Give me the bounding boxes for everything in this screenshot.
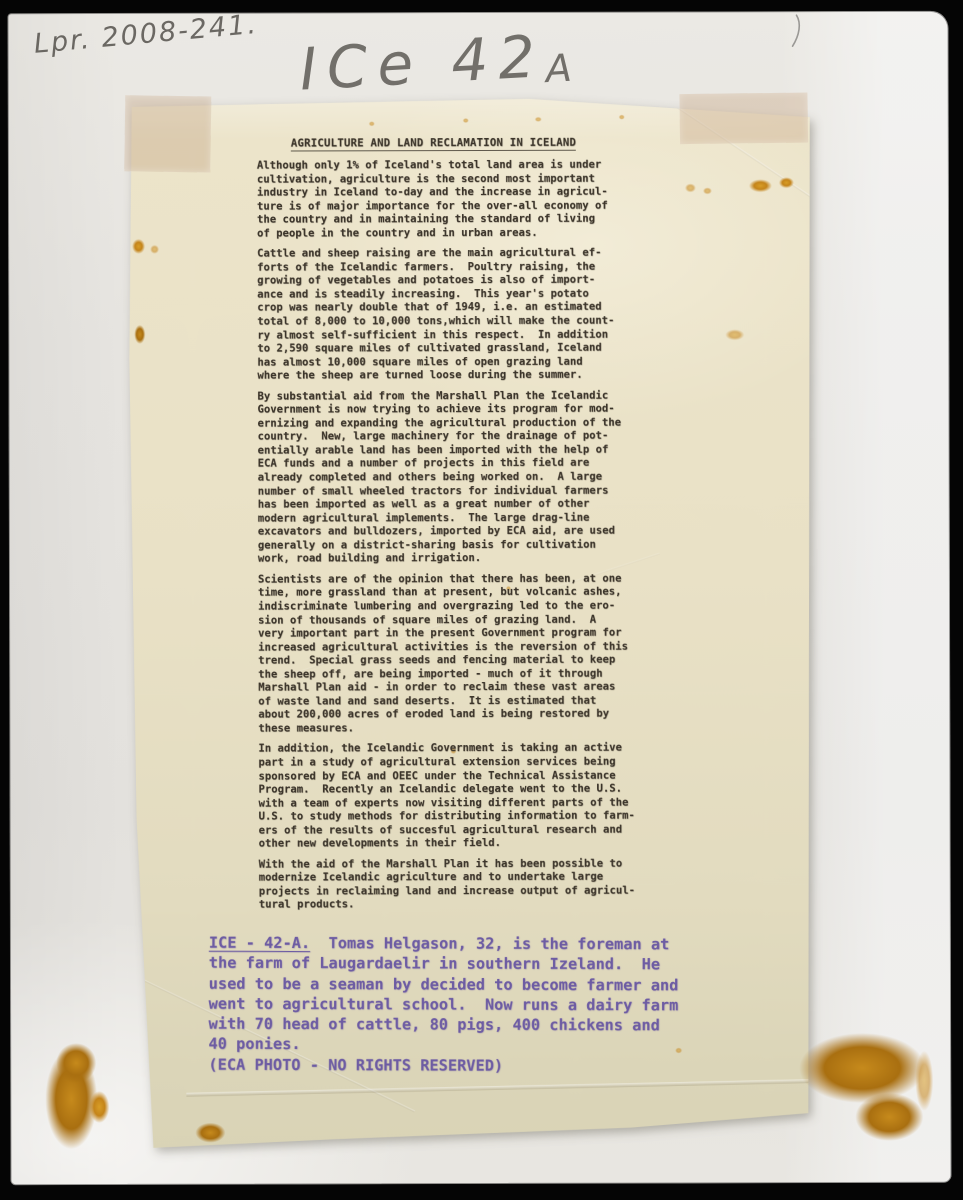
caption-id-label: ICE - 42-A. [209,934,310,952]
photo-id-handwriting: ICe 42A [298,21,575,105]
caption-first-line: ICE - 42-A. Tomas Helgason, 32, is the f… [209,933,769,955]
glue-stain [369,121,375,126]
glue-stain [749,179,772,192]
document-title: AGRICULTURE AND LAND RECLAMATION IN ICEL… [291,136,576,152]
glue-stain [855,1093,923,1141]
glue-stain [799,1033,925,1103]
glue-stain [619,115,625,120]
caption-body: the farm of Laugardaelir in southern Ize… [208,953,768,1056]
document-body: Although only 1% of Iceland's total land… [257,158,679,919]
crease-line [186,1079,811,1097]
caption-first-line-rest: Tomas Helgason, 32, is the foreman at [310,934,669,953]
glue-stain [56,1043,96,1083]
glue-stain [703,187,712,194]
typed-sheet-wrapper: AGRICULTURE AND LAND RECLAMATION IN ICEL… [129,97,814,1155]
glue-stain [89,1091,109,1123]
glue-stain [709,103,720,109]
glue-stain [535,117,542,122]
scanned-photo-back: { "annotations": { "catalog_number": "Lp… [0,0,963,1200]
caption-credit: (ECA PHOTO - NO RIGHTS RESERVED) [208,1054,768,1076]
glue-stain [779,177,794,188]
photo-backing: Lpr. 2008-241. ICe 42A [7,11,951,1185]
glue-stain [132,239,145,254]
document-paragraph: Scientists are of the opinion that there… [258,572,678,736]
glue-stain [915,1051,933,1111]
glue-stain [685,183,696,192]
glue-stain [150,245,159,254]
document-paragraph: Cattle and sheep raising are the main ag… [257,247,677,384]
glue-stain [134,325,145,344]
typed-sheet: AGRICULTURE AND LAND RECLAMATION IN ICEL… [129,97,814,1155]
catalog-number-handwriting: Lpr. 2008-241. [33,9,259,60]
photo-id-main: ICe 42 [298,22,547,103]
document-paragraph: In addition, the Icelandic Government is… [258,742,678,851]
glue-stain [463,118,469,123]
document-paragraph: With the aid of the Marshall Plan it has… [259,857,679,912]
pencil-mark [789,13,805,49]
glue-stain [759,109,766,114]
document-paragraph: By substantial aid from the Marshall Pla… [257,389,677,566]
photo-caption: ICE - 42-A. Tomas Helgason, 32, is the f… [208,933,768,1077]
document-paragraph: Although only 1% of Iceland's total land… [257,158,677,240]
glue-stain [45,1049,97,1149]
glue-stain [725,329,744,340]
photo-id-suffix: A [544,46,574,91]
